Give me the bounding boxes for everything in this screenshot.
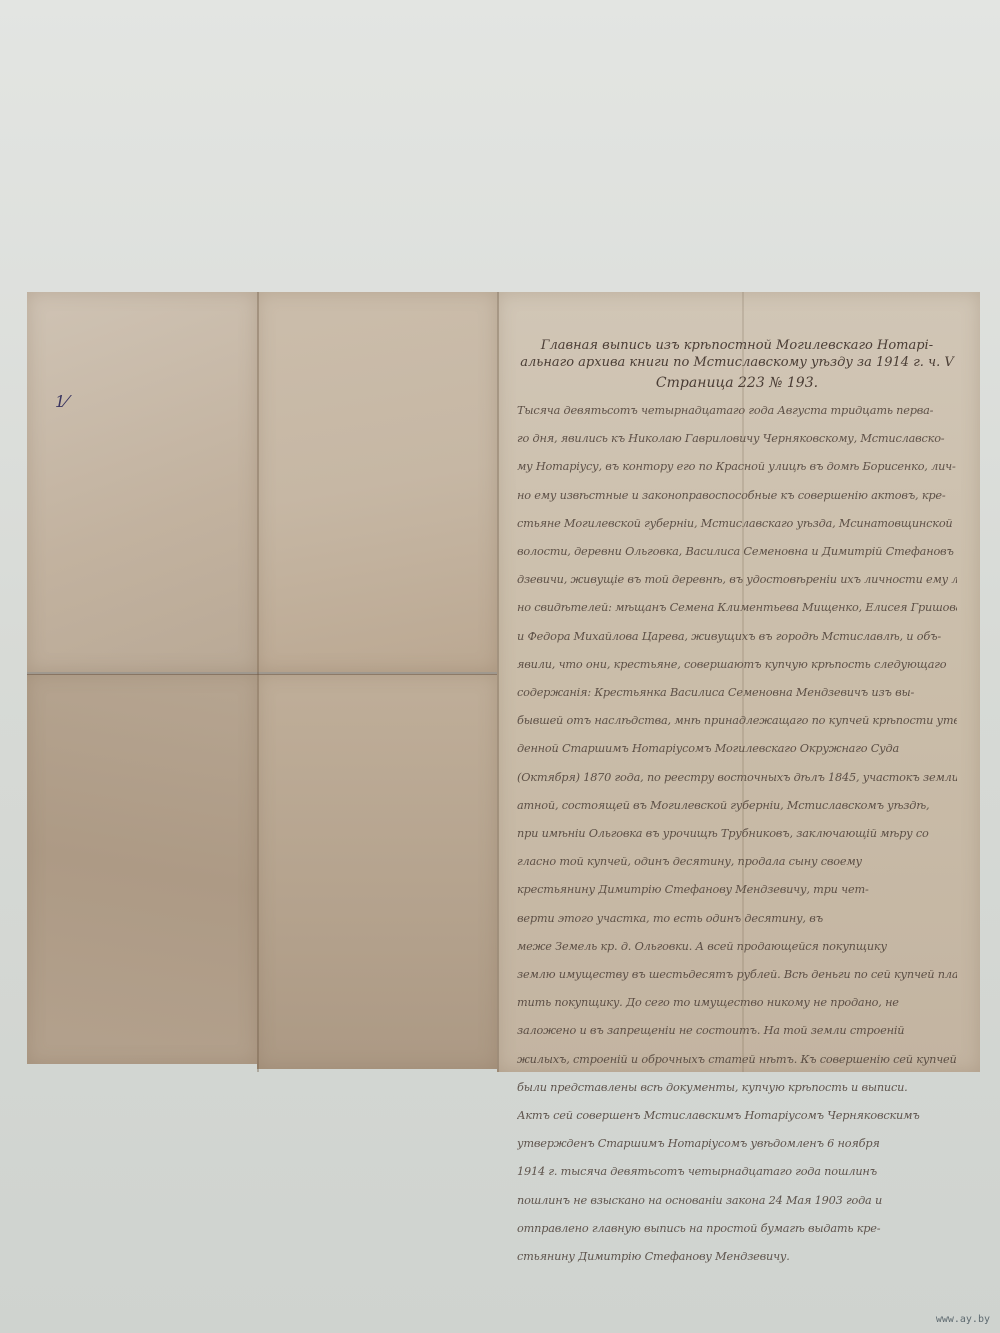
text-line: атной, состоящей въ Могилевской губерніи…: [517, 792, 957, 820]
document-body: Тысяча девятьсотъ четырнадцатаго года Ав…: [517, 397, 957, 1271]
text-line: меже Земель кр. д. Ольговки. А всей прод…: [517, 933, 957, 961]
text-line: стьяне Могилевской губерніи, Мстиславска…: [517, 510, 957, 538]
pencil-margin-mark: 1⁄: [55, 392, 68, 411]
text-line: гласно той купчей, одинъ десятину, прода…: [517, 848, 957, 876]
text-line: заложено и въ запрещеніи не состоитъ. На…: [517, 1017, 957, 1045]
handwritten-text: Главная выпись изъ крѣпостной Могилевска…: [517, 337, 957, 1271]
text-line: отправлено главную выпись на простой бум…: [517, 1215, 957, 1243]
text-line: содержанія: Крестьянка Василиса Семеновн…: [517, 679, 957, 707]
text-line: утвержденъ Старшимъ Нотаріусомъ увѣдомле…: [517, 1130, 957, 1158]
blank-panel-bottom-middle: [257, 674, 497, 1069]
text-line: го дня, явились къ Николаю Гавриловичу Ч…: [517, 425, 957, 453]
text-line: Тысяча девятьсотъ четырнадцатаго года Ав…: [517, 397, 957, 425]
text-line: при имѣніи Ольговка въ урочищѣ Трубников…: [517, 820, 957, 848]
handwritten-page: Главная выпись изъ крѣпостной Могилевска…: [497, 292, 980, 1072]
page-reference: Страница 223 № 193.: [517, 375, 957, 391]
text-line: верти этого участка, то есть одинъ десят…: [517, 905, 957, 933]
text-line: явили, что они, крестьяне, совершаютъ ку…: [517, 651, 957, 679]
fold-line-vertical: [497, 292, 499, 1072]
text-line: тить покупщику. До сего то имущество ник…: [517, 989, 957, 1017]
blank-panel-top-middle: [257, 292, 497, 672]
fold-line-horizontal: [27, 672, 497, 675]
document-sheet: 1⁄ Главная выпись изъ крѣпостной Могилев…: [27, 292, 980, 1072]
text-line: были представлены всѣ документы, купчую …: [517, 1074, 957, 1102]
text-line: му Нотаріусу, въ контору его по Красной …: [517, 453, 957, 481]
text-line: (Октября) 1870 года, по реестру восточны…: [517, 764, 957, 792]
blank-panel-top-left: 1⁄: [27, 292, 257, 672]
text-line: и Федора Михайлова Царева, живущихъ въ г…: [517, 623, 957, 651]
blank-panel-bottom-left: [27, 674, 257, 1064]
text-line: Актъ сей совершенъ Мстиславскимъ Нотаріу…: [517, 1102, 957, 1130]
document-title: Главная выпись изъ крѣпостной Могилевска…: [517, 337, 957, 371]
text-line: пошлинъ не взыскано на основаніи закона …: [517, 1187, 957, 1215]
text-line: стьянину Димитрію Стефанову Мендзевичу.: [517, 1243, 957, 1271]
text-line: бывшей отъ наслѣдства, мнѣ принадлежащаг…: [517, 707, 957, 735]
fold-line-vertical: [257, 292, 259, 1072]
text-line: волости, деревни Ольговка, Василиса Семе…: [517, 538, 957, 566]
fold-line-vertical: [742, 292, 744, 1072]
text-line: жилыхъ, строеній и оброчныхъ статей нѣтъ…: [517, 1046, 957, 1074]
text-line: но ему извѣстные и законоправоспособные …: [517, 482, 957, 510]
text-line: 1914 г. тысяча девятьсотъ четырнадцатаго…: [517, 1158, 957, 1186]
text-line: крестьянину Димитрію Стефанову Мендзевич…: [517, 876, 957, 904]
text-line: землю имуществу въ шестьдесятъ рублей. В…: [517, 961, 957, 989]
text-line: но свидѣтелей: мѣщанъ Семена Климентьева…: [517, 594, 957, 622]
text-line: дзевичи, живущіе въ той деревнѣ, въ удос…: [517, 566, 957, 594]
site-watermark: www.ay.by: [936, 1314, 990, 1325]
text-line: денной Старшимъ Нотаріусомъ Могилевскаго…: [517, 735, 957, 763]
